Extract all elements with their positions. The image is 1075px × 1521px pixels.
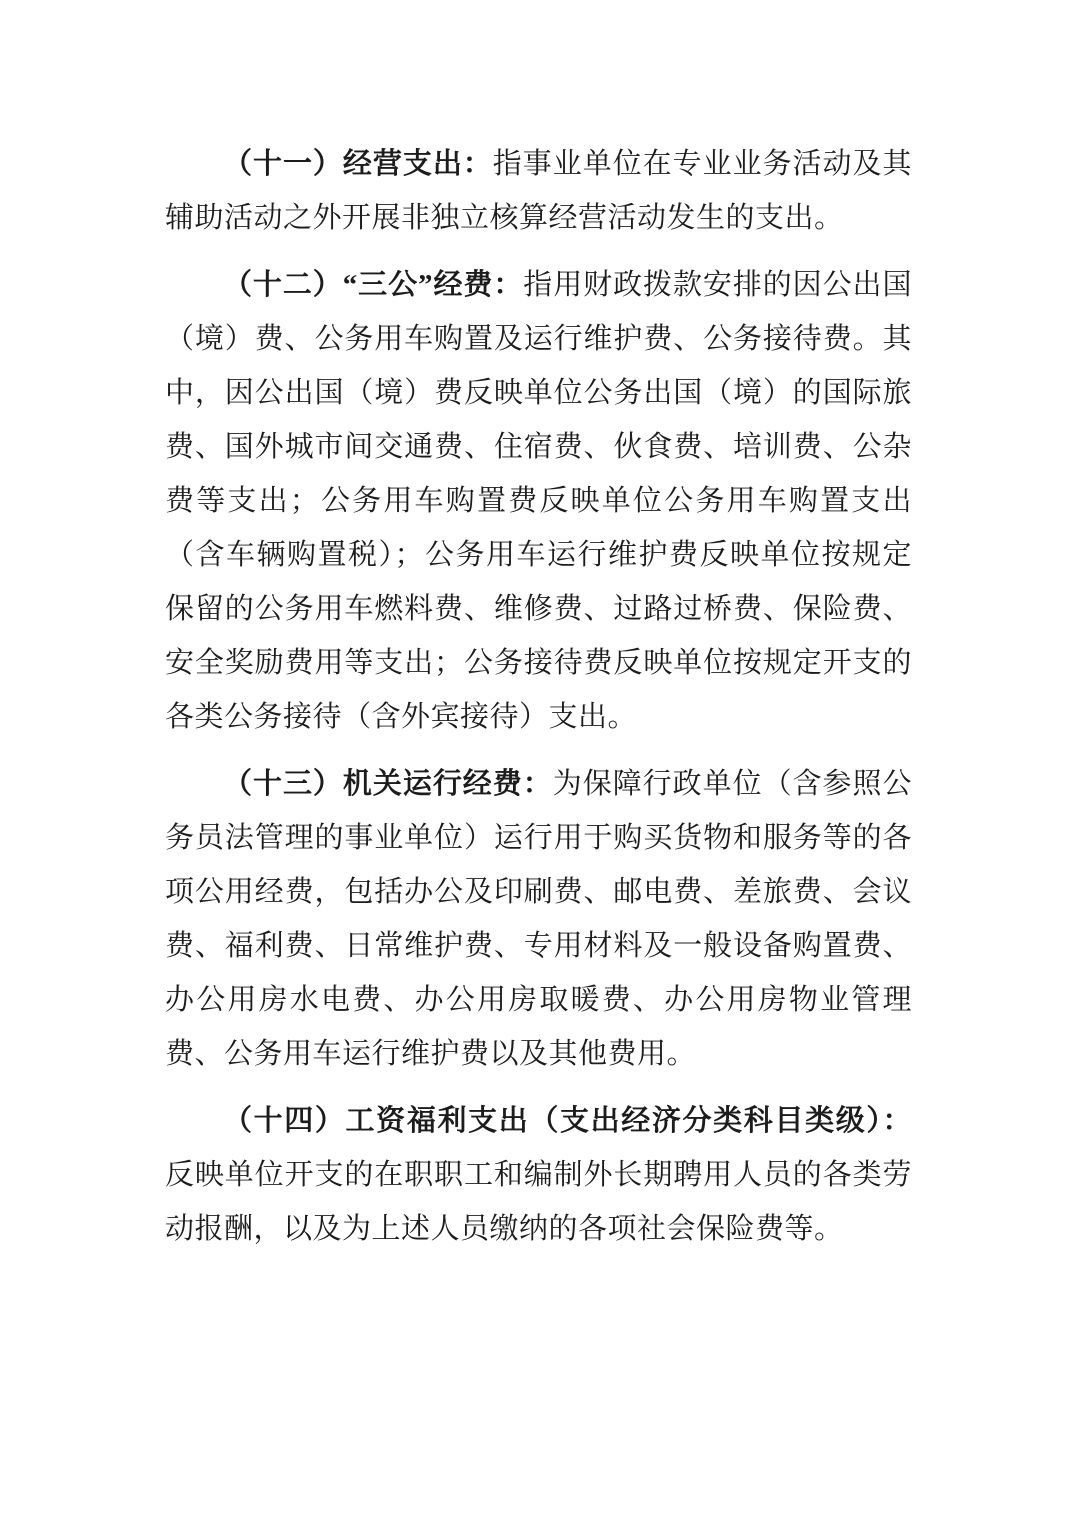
paragraph-lead: （十二）“三公”经费： [223, 269, 523, 301]
paragraph-lead: （十三）机关运行经费： [223, 768, 553, 800]
paragraph-lead: （十一）经营支出： [223, 148, 493, 180]
paragraph-body: 指用财政拨款安排的因公出国（境）费、公务用车购置及运行维护费、公务接待费。其中，… [165, 269, 912, 733]
paragraph-13-agency-operating-funds: （十三）机关运行经费：为保障行政单位（含参照公务员法管理的事业单位）运行用于购买… [165, 757, 912, 1081]
paragraph-lead: （十四）工资福利支出（支出经济分类科目类级）： [223, 1105, 912, 1137]
paragraph-14-wage-welfare-expenditure: （十四）工资福利支出（支出经济分类科目类级）：反映单位开支的在职职工和编制外长期… [165, 1094, 912, 1256]
document-page: （十一）经营支出：指事业单位在专业业务活动及其辅助活动之外开展非独立核算经营活动… [0, 0, 1075, 1521]
paragraph-body: 反映单位开支的在职职工和编制外长期聘用人员的各类劳动报酬，以及为上述人员缴纳的各… [165, 1159, 912, 1245]
paragraph-11-operating-expenditure: （十一）经营支出：指事业单位在专业业务活动及其辅助活动之外开展非独立核算经营活动… [165, 137, 912, 245]
paragraph-body: 为保障行政单位（含参照公务员法管理的事业单位）运行用于购买货物和服务等的各项公用… [165, 768, 912, 1070]
paragraph-12-three-public-funds: （十二）“三公”经费：指用财政拨款安排的因公出国（境）费、公务用车购置及运行维护… [165, 258, 912, 744]
